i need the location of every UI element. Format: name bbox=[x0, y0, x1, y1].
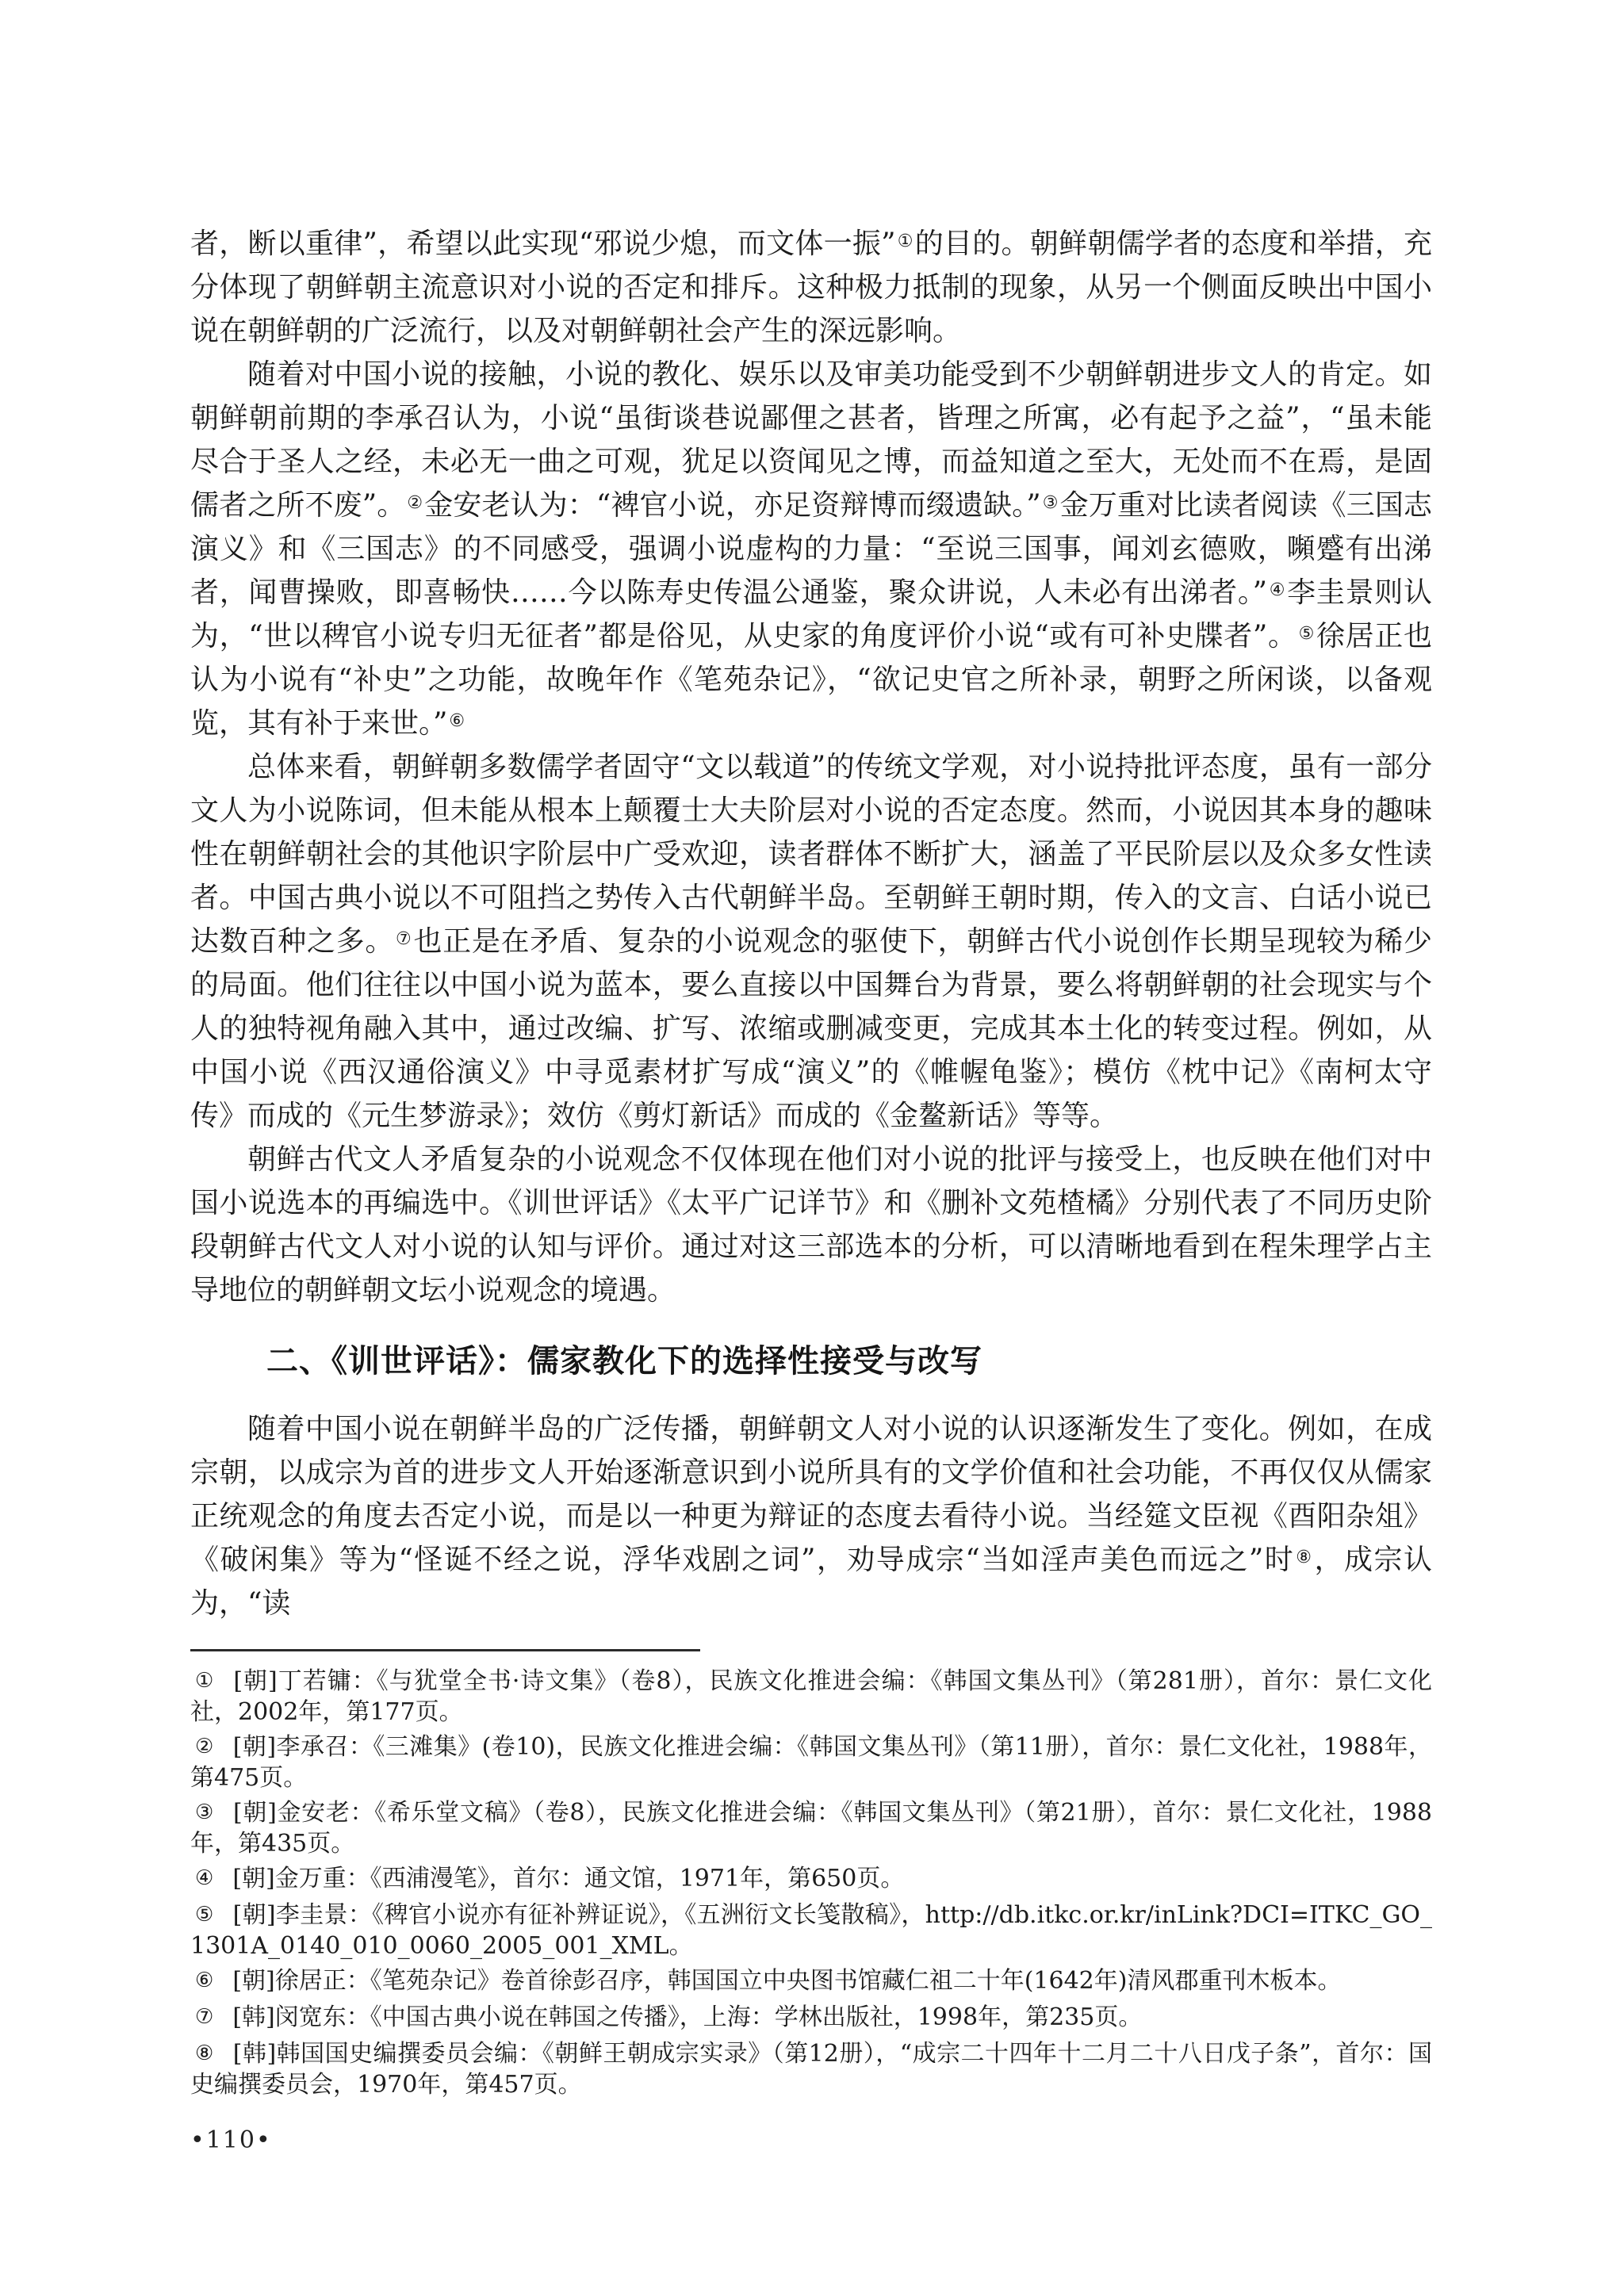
footnote-item: ⑧[韩]韩国国史编撰委员会编：《朝鲜王朝成宗实录》（第12册），“成宗二十四年十… bbox=[190, 2039, 1432, 2099]
section-heading: 二、《训世评话》：儒家教化下的选择性接受与改写 bbox=[266, 1337, 1432, 1385]
footnote-item: ③[朝]金安老：《希乐堂文稿》（卷8），民族文化推进会编：《韩国文集丛刊》（第2… bbox=[190, 1798, 1432, 1858]
paragraph: 随着对中国小说的接触，小说的教化、娱乐以及审美功能受到不少朝鲜朝进步文人的肯定。… bbox=[190, 353, 1432, 745]
footnote-reference: ④ bbox=[1267, 580, 1287, 600]
footnotes: ①[朝]丁若镛：《与犹堂全书·诗文集》（卷8），民族文化推进会编：《韩国文集丛刊… bbox=[190, 1667, 1432, 2099]
footnote-reference: ⑦ bbox=[394, 929, 413, 949]
footnote-text: [朝]徐居正：《笔苑杂记》卷首徐彭召序，韩国国立中央图书馆藏仁祖二十年(1642… bbox=[232, 1967, 1341, 1995]
footnote-marker: ⑦ bbox=[195, 2005, 213, 2029]
footnote-item: ⑤[朝]李圭景：《稗官小说亦有征补辨证说》，《五洲衍文长笺散稿》，http://… bbox=[190, 1900, 1432, 1961]
article-body: 者，断以重律”，希望以此实现“邪说少熄，而文体一振”①的目的。朝鲜朝儒学者的态度… bbox=[190, 222, 1432, 2105]
footnote-text: [朝]李圭景：《稗官小说亦有征补辨证说》，《五洲衍文长笺散稿》，http://d… bbox=[190, 1901, 1432, 1960]
footnote-text: [韩]韩国国史编撰委员会编：《朝鲜王朝成宗实录》（第12册），“成宗二十四年十二… bbox=[190, 2040, 1432, 2099]
page-number: •110• bbox=[190, 2126, 272, 2154]
footnote-item: ⑥[朝]徐居正：《笔苑杂记》卷首徐彭召序，韩国国立中央图书馆藏仁祖二十年(164… bbox=[190, 1966, 1432, 1997]
footnote-reference: ② bbox=[405, 493, 424, 513]
footnote-text: [韩]闵宽东：《中国古典小说在韩国之传播》，上海：学林出版社，1998年，第23… bbox=[232, 2003, 1142, 2031]
footnote-text: [朝]金万重：《西浦漫笔》，首尔：通文馆，1971年，第650页。 bbox=[232, 1865, 904, 1892]
footnote-marker: ④ bbox=[195, 1866, 213, 1890]
paragraph: 朝鲜古代文人矛盾复杂的小说观念不仅体现在他们对小说的批评与接受上，也反映在他们对… bbox=[190, 1138, 1432, 1312]
footnote-marker: ⑥ bbox=[195, 1969, 213, 1992]
journal-page: 者，断以重律”，希望以此实现“邪说少熄，而文体一振”①的目的。朝鲜朝儒学者的态度… bbox=[0, 0, 1624, 2296]
footnote-item: ④[朝]金万重：《西浦漫笔》，首尔：通文馆，1971年，第650页。 bbox=[190, 1864, 1432, 1895]
footnote-item: ⑦[韩]闵宽东：《中国古典小说在韩国之传播》，上海：学林出版社，1998年，第2… bbox=[190, 2003, 1432, 2034]
footnote-reference: ⑥ bbox=[447, 711, 466, 731]
footnote-marker: ② bbox=[195, 1735, 214, 1758]
footnote-text: [朝]李承召：《三滩集》(卷10)，民族文化推进会编：《韩国文集丛刊》（第11册… bbox=[190, 1733, 1432, 1792]
footnote-marker: ① bbox=[195, 1669, 214, 1693]
paragraph: 随着中国小说在朝鲜半岛的广泛传播，朝鲜朝文人对小说的认识逐渐发生了变化。例如，在… bbox=[190, 1407, 1432, 1625]
footnote-reference: ③ bbox=[1041, 493, 1060, 513]
footnote-marker: ⑤ bbox=[195, 1903, 214, 1927]
paragraph-continuation: 者，断以重律”，希望以此实现“邪说少熄，而文体一振”①的目的。朝鲜朝儒学者的态度… bbox=[190, 222, 1432, 353]
footnote-text: [朝]金安老：《希乐堂文稿》（卷8），民族文化推进会编：《韩国文集丛刊》（第21… bbox=[190, 1799, 1432, 1858]
footnote-item: ②[朝]李承召：《三滩集》(卷10)，民族文化推进会编：《韩国文集丛刊》（第11… bbox=[190, 1732, 1432, 1793]
footnote-reference: ① bbox=[895, 232, 914, 251]
footnote-text: [朝]丁若镛：《与犹堂全书·诗文集》（卷8），民族文化推进会编：《韩国文集丛刊》… bbox=[190, 1667, 1432, 1726]
footnote-reference: ⑤ bbox=[1297, 624, 1316, 644]
footnote-marker: ③ bbox=[195, 1800, 214, 1824]
footnote-marker: ⑧ bbox=[195, 2042, 214, 2065]
footnote-separator bbox=[190, 1649, 700, 1651]
footnote-item: ①[朝]丁若镛：《与犹堂全书·诗文集》（卷8），民族文化推进会编：《韩国文集丛刊… bbox=[190, 1667, 1432, 1727]
paragraph: 总体来看，朝鲜朝多数儒学者固守“文以载道”的传统文学观，对小说持批评态度，虽有一… bbox=[190, 745, 1432, 1138]
footnote-reference: ⑧ bbox=[1294, 1548, 1314, 1567]
